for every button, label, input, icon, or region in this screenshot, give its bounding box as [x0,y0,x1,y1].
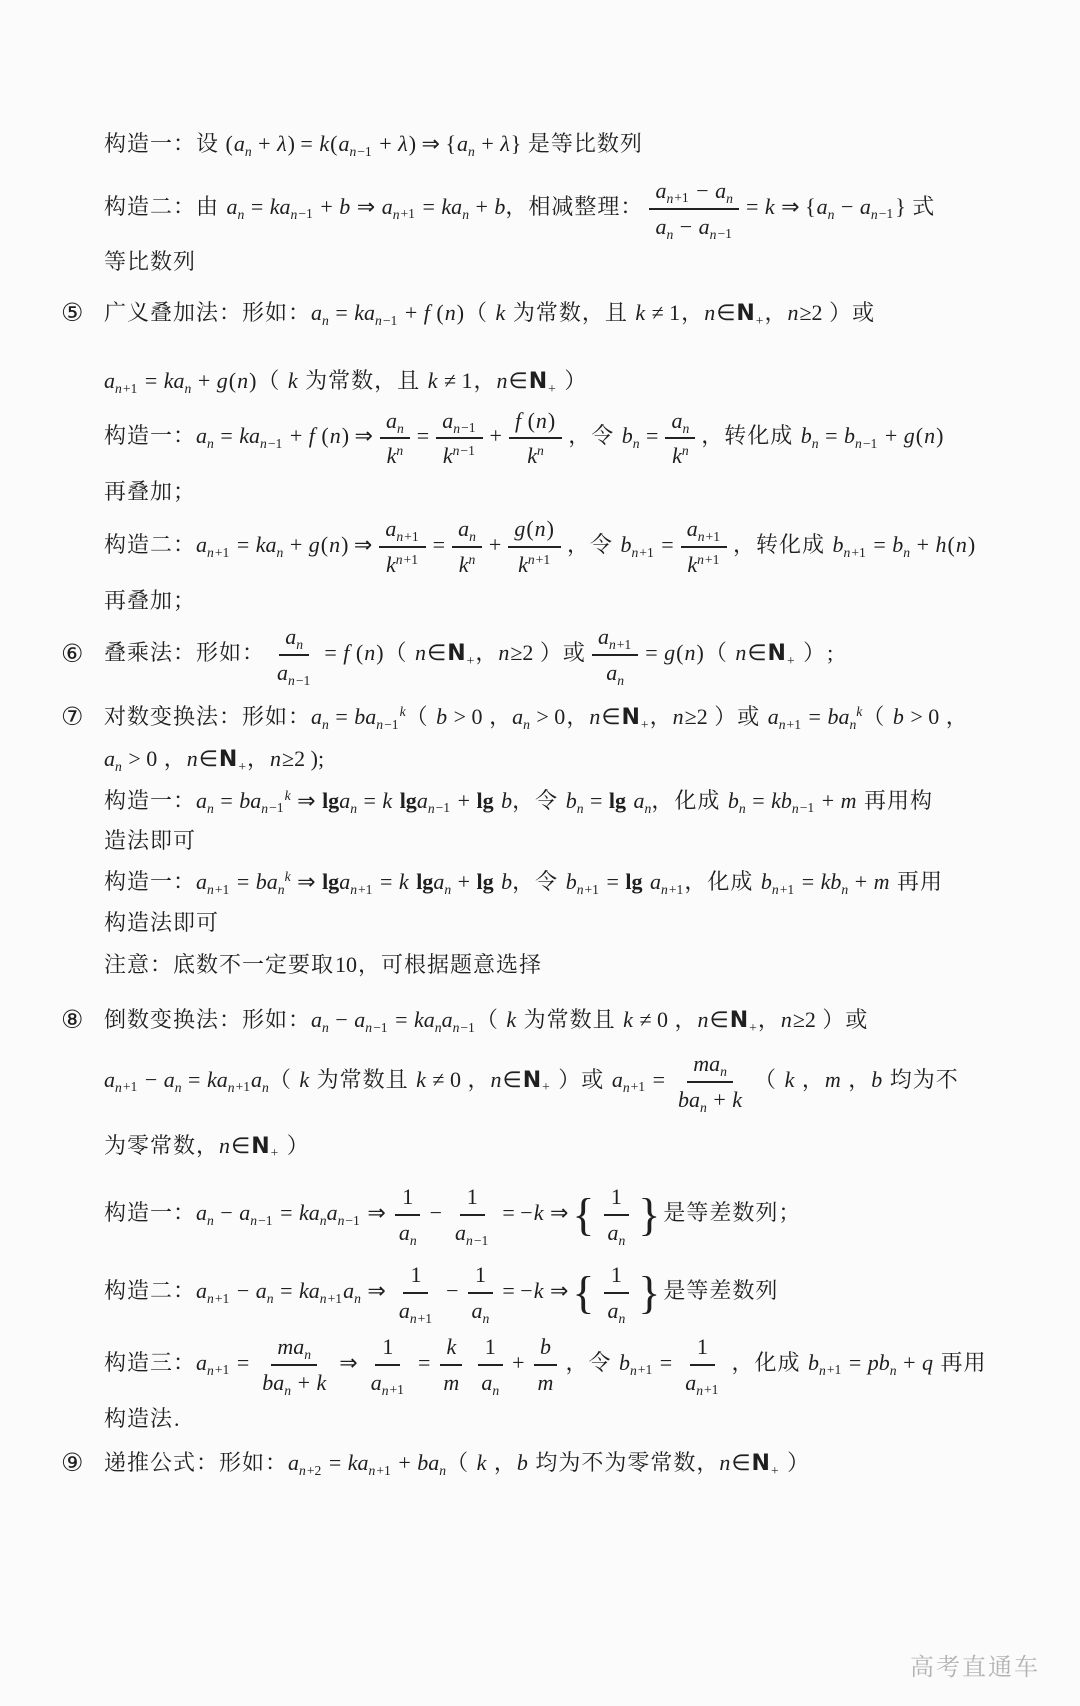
math-var: a [288,1450,299,1475]
math-var: ka [348,1450,369,1475]
math-var: ba [354,704,376,729]
fraction: 1an−1 [449,1181,495,1249]
cjk-text: （ [446,1450,469,1475]
math-var: a [327,1200,338,1225]
math-var: ka [164,368,185,393]
fraction-denominator: kn [381,439,410,472]
math-op: = [653,1350,673,1375]
math-segment: an+1 = kan + g(n)（ k 为常数，且 k ≠ 1，n∈N+ ） [104,368,587,393]
math-var: k [477,1450,487,1475]
text-line: 构造二：an+1 − an = kan+1an ⇒1an+1−1an= −k ⇒… [103,1259,1046,1327]
math-op: = [274,1278,299,1303]
cjk-text: ， [758,1007,781,1032]
fraction: manban + k [672,1048,748,1116]
math-var: a [768,704,779,729]
subscript: n+1 [207,545,230,560]
math-op [280,368,288,393]
subscript: n+1 [779,717,802,732]
cjk-text: ）或 [822,1007,868,1032]
math-var: a [458,516,469,541]
math-var: a [481,1370,492,1395]
math-op [604,1067,612,1092]
math-segment: 对数变换法：形如：an = ban−1k（ b > 0 ，an > 0，n∈N+… [104,704,969,729]
cjk-text: ）或 [558,1067,604,1092]
cjk-text: ， [650,704,673,729]
math-op: = [655,532,675,557]
math-var: b [892,532,903,557]
math-var: k [443,443,453,468]
math-op: + [786,653,796,668]
fraction-denominator: an [600,656,630,689]
cjk-text: 对数变换法：形如： [104,704,311,729]
math-segment: 递推公式：形如：an+2 = kan+1 + ban（ k ，b 均为不为零常数… [104,1450,810,1475]
math-segment: 是等差数列 [663,1278,778,1303]
math-var: b [728,788,739,813]
fraction-denominator: ban + k [672,1083,748,1116]
math-op: −1 [382,313,399,328]
math-op: + [547,381,557,396]
math-var: ba [262,1370,284,1395]
math-op: = [214,423,239,448]
math-var: b [833,532,844,557]
math-var: a [606,660,617,685]
math-op: ⇒ [361,1278,387,1303]
set-N-symbol: N [752,1451,770,1476]
subscript: n+1 [207,882,230,897]
math-op: 1 [474,1262,487,1287]
math-op: ⇒ { [775,194,817,219]
math-op: +1 [214,545,231,560]
math-var: a [227,194,238,219]
superscript: n+1 [528,552,551,567]
fraction-numerator: k [440,1331,462,1366]
fraction-denominator: an [601,1216,631,1249]
text-line: an > 0 ，n∈N+，n≥2 ); [103,739,1046,781]
fraction: 1an [466,1259,496,1327]
subscript: n−1 [288,673,311,688]
math-segment: 等比数列 [104,249,196,274]
math-op [558,869,566,894]
math-var: k [687,552,697,577]
math-var: k [527,443,537,468]
cjk-text: （ [257,368,280,393]
math-op: − [673,214,698,239]
subscript: n [462,206,469,221]
math-op: ∈ [230,1133,251,1158]
subscript: n [278,882,285,897]
math-var: n [260,436,267,451]
text-line: 构造一：an+1 = bank ⇒ lgan+1 = k lgan + lg b… [103,862,1046,903]
math-op: = [230,869,255,894]
math-var: b [619,1350,630,1375]
math-segment: 倒数变换法：形如：an − an−1 = kanan−1（ k 为常数且 k ≠… [104,1007,868,1032]
math-segment: ，转化成 bn+1 = bn + h(n) [733,532,976,557]
math-op: −1 [268,800,285,815]
math-op: + [541,1079,551,1094]
math-op: = [646,1067,666,1092]
math-var: n [320,1291,327,1306]
subscript: n [354,1291,361,1306]
math-op: +1 [786,717,803,732]
math-segment: = [416,423,430,448]
math-op: + [398,300,423,325]
math-segment: 构造二：由 an = kan−1 + b ⇒ an+1 = kan + b，相减… [104,194,643,219]
math-var: a [455,1220,466,1245]
subscript: + [541,1079,551,1094]
math-op: ( [228,368,237,393]
math-segment: = [417,1350,431,1375]
math-segment: 构造三：an+1 = [104,1350,250,1375]
math-var: a [196,1200,207,1225]
math-op: = [329,704,354,729]
subscript: n [720,1064,727,1079]
math-op [760,704,768,729]
set-N-symbol: N [523,1068,541,1093]
subscript: n−1 [349,144,372,159]
math-op [488,300,496,325]
math-var: n [623,1079,630,1094]
fraction-numerator: an+1 [592,621,638,656]
fraction-denominator: an [475,1366,505,1399]
math-var: a [634,788,645,813]
math-segment: 构造一：设 (an + λ) = k(an−1 + λ) ⇒ {an + λ} … [104,131,643,156]
cjk-text: ） [287,1133,310,1158]
cjk-text: 再用 [897,869,943,894]
subscript: n−1 [376,717,399,732]
math-var: a [687,516,698,541]
math-segment: 构造一：an = kan−1 + f (n) ⇒ [104,423,374,448]
math-var: m [825,1067,841,1092]
subscript: n+1 [844,545,867,560]
math-var: k [428,368,438,393]
cjk-text: 构造一： [104,869,196,894]
math-var: n [397,420,404,435]
math-segment: + [489,423,503,448]
math-op: 10 [334,952,358,977]
subscript: n+1 [631,545,654,560]
math-op: 1 [401,1184,414,1209]
fraction: bm [532,1331,560,1399]
math-op: + [748,1020,758,1035]
math-var: a [399,1220,410,1245]
fraction-numerator: an−1 [436,405,482,440]
math-var: n [469,529,476,544]
math-segment: = −k ⇒ [501,1278,569,1303]
math-var: ka [299,1200,320,1225]
math-op: ( [219,131,234,156]
math-op: − [230,1278,255,1303]
lg-operator: lg [400,788,417,813]
math-op: −1 [297,206,314,221]
math-var: n [262,1079,269,1094]
fraction-denominator: kn+1 [380,548,425,581]
cjk-text: 构造二： [104,1278,196,1303]
math-var: n [697,552,704,567]
cjk-text: 注意：底数不一定要取 [104,952,334,977]
fraction: anan−1 [271,621,317,689]
math-var: k [299,1067,309,1092]
math-var: ba [678,1087,700,1112]
math-op: + [488,532,502,557]
math-segment: = f (n)（ n∈N+，n≥2 ）或 [323,640,586,665]
math-op: ; [826,640,834,665]
fraction-numerator: man [271,1331,317,1366]
math-var: b [501,869,512,894]
cjk-text: ，令 [565,1350,611,1375]
math-op: ⇒ [291,788,322,813]
superscript: k [285,869,291,884]
math-var: n [812,436,819,451]
math-var: n [661,882,668,897]
subscript: n+1 [393,206,416,221]
math-op [794,1067,802,1092]
subscript: n [435,1020,442,1035]
math-var: n [498,640,509,665]
math-var: n [819,1362,826,1377]
math-op: + [640,717,650,732]
cjk-text: ，令 [512,788,558,813]
math-op: ) [547,408,556,433]
math-op: − [329,1007,354,1032]
math-op: + [475,131,500,156]
fraction-denominator: kn+1 [512,548,557,581]
superscript: n [537,443,544,458]
cjk-text: ， [675,1007,698,1032]
lg-operator: lg [477,869,494,894]
math-op: = − [501,1200,533,1225]
fraction: an+1an [592,621,638,689]
subscript: n [175,1079,182,1094]
cjk-text: ，转化成 [701,423,793,448]
math-var: n [322,1020,329,1035]
lg-operator: lg [477,788,494,813]
subscript: n [322,717,329,732]
math-var: f [424,300,430,325]
subscript: n [633,436,640,451]
math-var: n [322,717,329,732]
math-var: a [650,869,661,894]
subscript: n+1 [320,1291,343,1306]
math-segment: 构造二：an+1 − an = kan+1an ⇒ [104,1278,387,1303]
math-segment: 构造一：an+1 = bank ⇒ lgan+1 = k lgan + lg b… [104,869,943,894]
math-op: + [237,759,247,774]
math-segment: ，转化成 bn = bn−1 + g(n) [701,423,944,448]
math-op: +1 [638,545,655,560]
math-op: > 0 [530,704,566,729]
math-op: > 0 [122,746,164,771]
fraction: an+1 − anan − an−1 [649,175,739,243]
math-op: + [815,788,840,813]
math-op: . [173,1406,181,1431]
math-var: n [497,368,508,393]
math-op: = [230,1350,250,1375]
math-var: a [612,1067,623,1092]
math-var: n [296,637,303,652]
cjk-text: （ [465,300,488,325]
math-var: n [354,1291,361,1306]
math-var: n [207,1213,214,1228]
fraction: 1an [601,1181,631,1249]
math-op [720,788,728,813]
text-line: 注意：底数不一定要取10，可根据题意选择 [103,945,1046,986]
math-segment: 构造二：an+1 = kan + g(n) ⇒ [104,532,373,557]
math-var: n [696,1382,703,1397]
cjk-text: 构造一： [104,1200,196,1225]
subscript: n−1 [466,1233,489,1248]
math-var: n [207,882,214,897]
cjk-text: ， [468,1067,491,1092]
math-op: 1 [484,1334,497,1359]
fraction-numerator: 1 [604,1181,629,1216]
math-var: λ [277,131,287,156]
subscript: n+1 [696,1382,719,1397]
cjk-text: ， [164,746,187,771]
math-op: 1 [696,1334,709,1359]
subscript: n [617,673,624,688]
math-op [420,368,428,393]
math-op: ⇒ [338,1350,358,1375]
math-op: = [357,788,382,813]
math-op: ≥2 [792,1007,823,1032]
math-op: + [283,532,308,557]
math-op: +1 [616,637,633,652]
math-op [885,704,893,729]
math-op: ∈ [508,368,529,393]
math-var: a [685,1370,696,1395]
math-var: k [534,1200,544,1225]
math-var: a [472,1298,483,1323]
fraction: 1an+1 [679,1331,725,1399]
math-op: + [469,194,494,219]
cjk-text: 构造法即可 [104,910,219,935]
math-var: a [343,1278,354,1303]
fraction: an+1kn+1 [379,513,425,581]
text-line: 构造三：an+1 =manban + k⇒1an+1=km1an+bm，令 bn… [103,1331,1046,1399]
math-op: + [878,423,903,448]
subscript: n [523,717,530,732]
math-var: n [772,882,779,897]
math-op: > 0 [447,704,489,729]
math-op: −1 [295,673,312,688]
superscript: n [396,443,403,458]
text-line: 构造一：设 (an + λ) = k(an−1 + λ) ⇒ {an + λ} … [103,124,1046,165]
math-op: ( [947,532,956,557]
math-var: n [577,800,584,815]
math-var: n [396,552,403,567]
subscript: n+1 [207,1291,230,1306]
math-var: a [196,423,207,448]
math-var: a [277,660,288,685]
math-op: } [510,131,528,156]
math-var: a [339,788,350,813]
subscript: n+1 [369,1463,392,1478]
math-var: a [817,194,828,219]
math-op: + [910,532,935,557]
math-op: = [214,788,239,813]
math-var: a [256,1278,267,1303]
math-op: = [138,368,163,393]
text-line: an+1 = kan + g(n)（ k 为常数，且 k ≠ 1，n∈N+ ） [103,361,1046,403]
superscript: n+1 [697,552,720,567]
math-var: b [566,788,577,813]
math-op: = [795,869,820,894]
set-N-symbol: N [251,1134,269,1159]
fraction: 1an+1 [365,1331,411,1399]
math-segment: 叠乘法：形如： [104,640,265,665]
math-op: + [897,1350,922,1375]
subscript: n−1 [428,800,451,815]
math-op: ( [320,532,329,557]
math-var: n [115,381,122,396]
fraction-denominator: kn [666,439,695,472]
math-var: a [386,408,397,433]
math-op [505,300,513,325]
cjk-text: ，相减整理： [505,194,643,219]
math-op [279,1133,287,1158]
math-var: a [655,178,666,203]
math-var: n [673,704,684,729]
math-var: q [922,1350,933,1375]
subscript: n−1 [871,206,894,221]
math-var: b [808,1350,819,1375]
fraction-denominator: kn [453,548,482,581]
subscript: n+1 [577,882,600,897]
math-op [219,194,227,219]
math-var: k [446,1334,456,1359]
math-op: +1 [704,552,721,567]
math-op: − [214,1200,239,1225]
cjk-text: ，令 [567,532,613,557]
math-segment: + [511,1350,525,1375]
fraction-numerator: 1 [403,1259,428,1294]
math-var: ba [417,1450,439,1475]
math-var: ka [414,1007,435,1032]
math-var: ba [239,788,261,813]
math-var: n [207,1291,214,1306]
math-op: +1 [673,190,690,205]
cjk-text: （ [754,1067,777,1092]
math-var: n [720,1064,727,1079]
math-var: n [704,300,715,325]
text-line: 构造法即可 [103,903,1046,944]
subscript: n−1 [291,206,314,221]
math-var: k [518,552,528,577]
subscript: + [770,1463,780,1478]
subscript: n [245,144,252,159]
math-op: ⇒ [361,1200,387,1225]
subscript: n [483,1311,490,1326]
math-var: n [528,552,535,567]
text-line: 构造一：an − an−1 = kanan−1 ⇒1an−1an−1= −k ⇒… [103,1181,1046,1249]
subscript: + [748,1020,758,1035]
cjk-text: 是等比数列 [528,131,643,156]
math-var: m [538,1370,554,1395]
math-var: a [196,532,207,557]
math-op [626,788,634,813]
math-op: ∈ [502,1067,523,1092]
math-var: k [316,1370,326,1395]
cjk-text: ，可根据题意选择 [358,952,542,977]
item-line: ⑧倒数变换法：形如：an − an−1 = kanan−1（ k 为常数且 k … [103,1000,1046,1042]
cjk-text: ， [764,300,787,325]
cjk-text: 为零常数， [104,1133,219,1158]
math-op: ≠ 1 [645,300,681,325]
math-var: k [496,300,506,325]
lg-operator: lg [609,788,626,813]
math-op [793,423,801,448]
math-var: a [699,214,710,239]
text-line: an+1 − an = kan+1an（ k 为常数且 k ≠ 0 ，n∈N+ … [103,1048,1046,1116]
